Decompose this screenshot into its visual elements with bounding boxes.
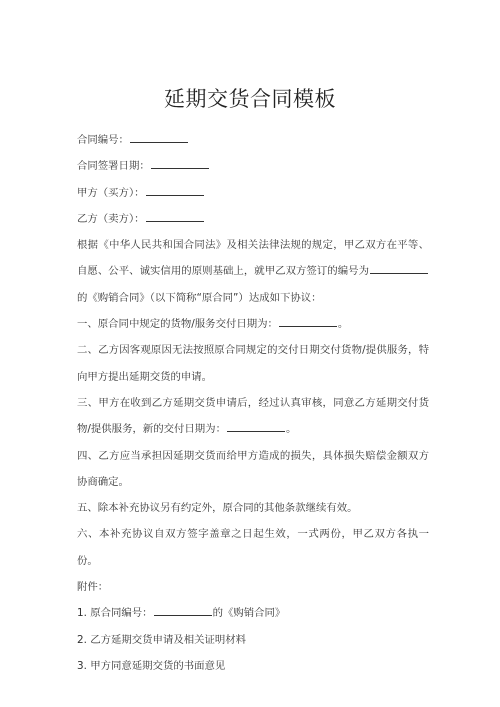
document-title: 延期交货合同模板 [0, 84, 500, 114]
attachments-heading: 附件： [77, 574, 429, 600]
clause-4: 四、乙方应当承担因延期交货而给甲方造成的损失，具体损失赔偿金额双方协商确定。 [77, 443, 429, 496]
clause-6: 六、本补充协议自双方签字盖章之日起生效，一式两份，甲乙双方各执一份。 [77, 521, 429, 574]
blank-original-delivery-date [279, 317, 337, 327]
clause-2: 二、乙方因客观原因无法按照原合同规定的交付日期交付货物/提供服务，特向甲方提出延… [77, 337, 429, 390]
blank-party-a [146, 186, 204, 196]
blank-original-contract-number [370, 264, 428, 274]
field-label: 合同编号： [77, 134, 129, 146]
blank-contract-number [130, 133, 188, 143]
blank-party-b [146, 212, 204, 222]
clause-5: 五、除本补充协议另有约定外，原合同的其他条款继续有效。 [77, 495, 429, 521]
field-label: 乙方（卖方）： [77, 213, 145, 225]
field-party-b: 乙方（卖方）： [77, 206, 429, 232]
clause-1-text: 一、原合同中规定的货物/服务交付日期为： [77, 318, 278, 330]
clause-3: 三、甲方在收到乙方延期交货申请后，经过认真审核，同意乙方延期交付货物/提供服务，… [77, 390, 429, 443]
preamble-paragraph: 根据《中华人民共和国合同法》及相关法律法规的规定，甲乙双方在平等、自愿、公平、诚… [77, 232, 429, 311]
attachment-1-text: 1. 原合同编号： [77, 607, 153, 619]
attachment-1-end: 的《购销合同》 [213, 607, 286, 619]
field-contract-number: 合同编号： [77, 127, 429, 153]
attachment-2: 2. 乙方延期交货申请及相关证明材料 [77, 627, 429, 653]
field-sign-date: 合同签署日期： [77, 153, 429, 179]
preamble-text-2: 的《购销合同》（以下简称“原合同”）达成如下协议： [77, 292, 322, 304]
blank-sign-date [151, 159, 209, 169]
field-label: 合同签署日期： [77, 160, 150, 172]
clause-3-end: 。 [286, 423, 296, 435]
blank-attachment-contract-number [154, 606, 212, 616]
field-party-a: 甲方（买方）： [77, 180, 429, 206]
clause-1-end: 。 [338, 318, 348, 330]
blank-new-delivery-date [227, 422, 285, 432]
attachment-1: 1. 原合同编号：的《购销合同》 [77, 600, 429, 626]
attachment-3: 3. 甲方同意延期交货的书面意见 [77, 653, 429, 679]
clause-1: 一、原合同中规定的货物/服务交付日期为：。 [77, 311, 429, 337]
field-label: 甲方（买方）： [77, 187, 145, 199]
document-body: 合同编号： 合同签署日期： 甲方（买方）： 乙方（卖方）： 根据《中华人民共和国… [77, 127, 429, 679]
